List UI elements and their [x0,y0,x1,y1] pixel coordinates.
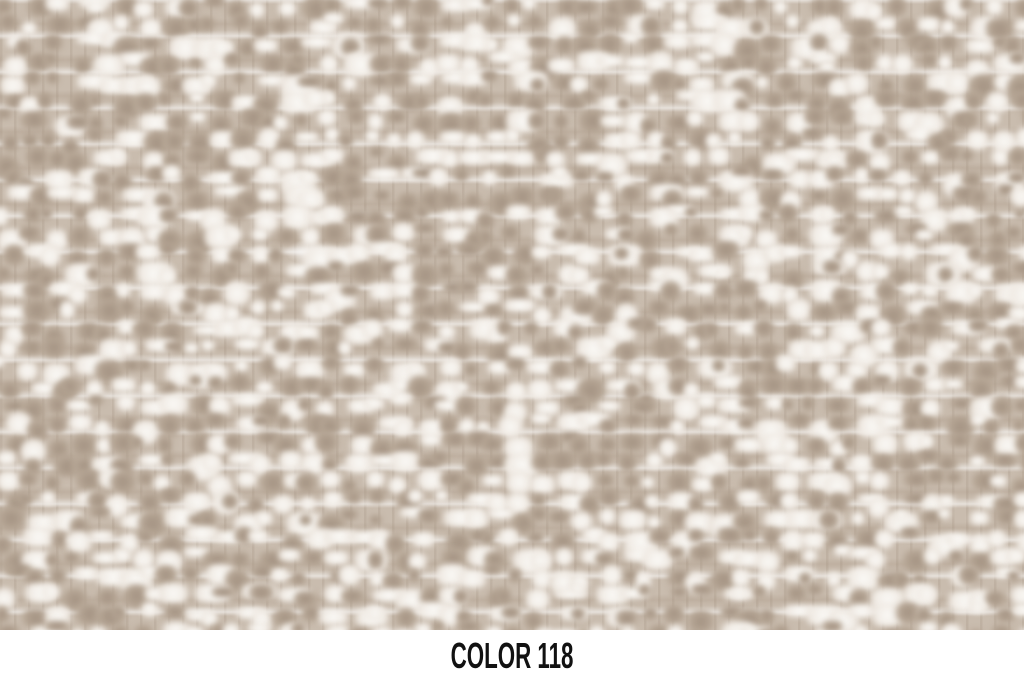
texture-blob [900,242,918,262]
texture-blob [225,374,255,391]
texture-blob [321,456,340,473]
texture-blob [508,566,523,584]
texture-blob [967,602,987,613]
texture-blob [684,337,701,350]
texture-blob [0,0,15,15]
texture-blob [785,14,799,30]
texture-blob [762,526,780,548]
texture-blob [157,242,178,255]
texture-blob [865,169,891,182]
texture-blob [410,223,440,233]
texture-blob [522,321,540,336]
texture-blob [40,34,66,51]
texture-blob [85,395,107,405]
texture-blob [478,381,504,394]
texture-blob [549,227,572,241]
texture-blob [131,1,156,18]
texture-blob [1002,548,1024,564]
texture-blob [497,317,512,338]
texture-blob [783,224,800,245]
texture-blob [363,16,384,35]
texture-blob [0,109,15,119]
texture-blob [967,189,990,205]
texture-blob [233,359,251,373]
texture-blob [300,496,316,512]
texture-blob [637,584,652,595]
texture-blob [221,434,244,448]
texture-blob [797,572,813,585]
texture-blob [616,185,646,203]
texture-blob [961,114,978,125]
texture-blob [1015,244,1024,263]
texture-blob [596,419,620,433]
texture-blob [0,451,20,465]
texture-blob [437,260,455,279]
texture-blob [1002,226,1024,239]
texture-blob [590,77,612,91]
texture-blob [253,381,276,394]
texture-blob [431,621,446,630]
texture-blob [964,285,985,297]
texture-blob [312,431,341,453]
texture-blob [939,341,963,352]
texture-blob [805,377,825,394]
texture-blob [60,298,75,322]
texture-blob [85,128,104,140]
texture-blob [199,340,217,350]
texture-blob [823,416,854,430]
texture-blob [911,362,930,379]
texture-blob [593,401,626,411]
texture-blob [569,356,590,369]
texture-blob [685,110,705,128]
texture-blob [337,376,362,394]
texture-blob [248,415,276,426]
texture-blob [370,190,394,201]
texture-blob [779,491,800,511]
caption-bar: COLOR 118 [0,630,1024,682]
texture-blob [249,300,266,315]
texture-blob [481,564,505,574]
texture-blob [566,1,605,15]
texture-blob [1012,509,1024,530]
texture-blob [729,587,750,599]
texture-blob [136,360,153,371]
texture-blob [734,397,765,408]
texture-blob [67,224,93,248]
texture-blob [321,91,337,105]
texture-blob [452,382,471,393]
texture-blob [775,203,802,224]
texture-blob [151,565,181,585]
texture-blob [750,300,770,312]
texture-blob [1007,147,1024,167]
texture-blob [664,356,693,374]
texture-blob [249,1,265,19]
texture-blob [918,285,942,296]
texture-blob [134,530,157,542]
texture-blob [135,38,166,49]
texture-blob [641,0,669,10]
texture-blob [526,13,544,29]
texture-blob [220,623,242,630]
texture-blob [916,170,935,187]
texture-blob [0,13,20,31]
texture-blob [107,469,138,495]
texture-blob [38,89,52,112]
texture-blob [504,127,521,143]
texture-blob [156,92,174,106]
texture-blob [345,490,363,504]
texture-blob [710,188,724,199]
texture-blob [385,393,416,405]
texture-blob [381,571,406,591]
texture-blob [45,71,61,85]
texture-blob [643,495,662,508]
texture-blob [890,170,914,186]
texture-blob [496,414,525,439]
texture-blob [345,108,367,125]
texture-blob [938,53,952,72]
texture-blob [823,166,846,182]
texture-blob [47,567,69,584]
texture-blob [336,509,362,519]
texture-blob [1016,109,1024,122]
texture-blob [774,621,789,630]
texture-blob [383,111,411,122]
texture-blob [958,0,975,11]
texture-blob [670,418,685,437]
texture-blob [363,130,382,142]
texture-blob [38,207,54,220]
texture-blob [276,1,299,16]
texture-blob [756,169,789,181]
texture-blob [685,529,707,541]
fabric-swatch-image [0,0,1024,630]
texture-blob [313,609,354,625]
texture-blob [23,70,43,86]
texture-blob [526,265,548,275]
texture-blob [923,546,942,566]
texture-blob [366,489,388,503]
texture-blob [268,568,291,582]
texture-blob [730,0,745,15]
texture-blob [497,225,523,240]
texture-blob [528,109,546,133]
texture-blob [484,13,501,31]
texture-blob [453,166,470,183]
texture-blob [523,36,555,49]
texture-blob [405,130,426,151]
texture-blob [594,473,616,487]
texture-blob [224,261,239,277]
texture-blob [93,190,116,206]
texture-blob [253,511,275,526]
texture-blob [965,89,982,113]
texture-blob [83,0,109,13]
texture-blob [869,319,893,337]
texture-blob [520,0,538,10]
texture-blob [337,133,355,148]
texture-blob [753,0,769,12]
texture-blob [433,490,449,501]
texture-blob [942,472,965,482]
texture-blob [730,457,754,467]
texture-blob [277,412,291,431]
texture-blob [245,323,267,339]
texture-blob [967,456,988,467]
texture-blob [109,147,126,164]
texture-blob [320,491,345,508]
texture-blob [737,110,761,133]
texture-blob [967,511,992,525]
texture-blob [614,510,652,530]
texture-blob [232,72,247,85]
texture-blob [554,110,568,133]
texture-blob [940,19,956,34]
texture-blob [773,0,789,15]
texture-blob [528,494,549,506]
texture-blob [892,336,912,359]
texture-blob [804,584,827,595]
texture-blob [958,150,977,161]
texture-blob [412,281,430,307]
texture-blob [1013,209,1024,219]
texture-blob [936,360,972,375]
texture-blob [820,204,835,225]
texture-blob [615,210,634,228]
texture-blob [496,166,520,177]
texture-blob [116,282,132,299]
texture-blob [199,73,218,89]
texture-blob [267,20,293,33]
texture-blob [759,135,777,152]
texture-blob [987,475,1010,487]
texture-blob [181,263,206,281]
texture-blob [178,469,197,489]
texture-blob [128,436,145,449]
texture-blob [0,265,12,282]
texture-blob [865,111,885,125]
texture-blob [705,147,733,165]
texture-blob [313,300,338,316]
texture-blob [739,528,760,542]
texture-blob [324,261,347,272]
texture-blob [892,510,909,522]
texture-blob [844,71,870,96]
texture-blob [39,491,57,506]
texture-blob [16,472,40,485]
texture-blob [852,54,876,72]
texture-blob [938,130,961,142]
texture-blob [244,530,273,541]
texture-blob [620,414,647,427]
texture-blob [874,279,899,304]
texture-blob [735,227,753,239]
texture-blob [64,414,96,431]
texture-blob [785,56,805,70]
texture-blob [1012,0,1024,18]
texture-blob [15,111,55,130]
texture-blob [197,16,217,32]
texture-blob [781,399,795,410]
texture-blob [458,114,485,133]
texture-blob [703,320,719,340]
texture-blob [542,281,556,303]
texture-blob [227,127,260,152]
texture-blob [1005,571,1022,582]
texture-blob [692,52,720,62]
texture-blob [711,472,728,492]
texture-blob [200,413,231,427]
texture-blob [427,452,452,463]
texture-blob [223,203,253,221]
texture-blob [528,78,547,93]
texture-blob [874,528,895,550]
texture-blob [590,206,616,217]
texture-blob [1009,90,1024,110]
texture-blob [293,113,309,129]
texture-blob [230,13,252,29]
texture-blob [39,621,75,630]
texture-blob [774,246,806,258]
texture-blob [985,112,1001,124]
texture-blob [752,585,767,598]
texture-blob [686,168,711,188]
texture-blob [686,584,719,595]
texture-blob [818,508,840,532]
texture-blob [290,570,307,588]
texture-blob [371,93,394,112]
texture-blob [336,285,364,296]
texture-blob [802,548,819,563]
texture-blob [808,33,830,52]
texture-blob [773,355,800,372]
texture-blob [290,621,306,630]
texture-blob [716,302,734,314]
texture-blob [408,319,437,334]
texture-blob [315,109,338,125]
texture-blob [160,453,174,465]
texture-blob [474,94,497,106]
texture-blob [154,56,184,76]
texture-blob [201,452,222,473]
texture-blob [735,344,756,359]
texture-blob [933,456,962,471]
texture-blob [274,287,299,298]
texture-blob [644,452,665,469]
texture-blob [346,16,363,30]
texture-blob [452,396,480,417]
texture-blob [555,546,573,568]
texture-blob [290,339,323,351]
texture-blob [619,130,643,150]
texture-blob [13,494,37,505]
texture-blob [179,565,201,583]
texture-blob [589,623,605,630]
texture-blob [428,166,450,188]
texture-blob [109,607,127,619]
texture-blob [228,169,254,187]
texture-blob [755,76,769,89]
color-label: COLOR 118 [451,638,574,674]
texture-blob [412,92,431,111]
texture-blob [366,147,387,157]
texture-blob [1004,172,1024,183]
texture-blob [963,130,991,149]
texture-blob [482,169,497,187]
texture-blob [596,361,619,374]
texture-blob [318,223,350,244]
texture-blob [781,551,803,562]
texture-blob [751,319,777,338]
texture-blob [359,397,388,410]
texture-blob [851,511,866,527]
texture-blob [298,514,313,526]
texture-blob [759,606,775,627]
texture-blob [250,264,274,280]
texture-blob [506,14,523,26]
texture-blob [0,382,24,400]
texture-blob [319,13,348,24]
texture-blob [187,375,204,386]
texture-blob [94,419,111,438]
texture-blob [405,73,437,85]
texture-blob [342,75,357,92]
texture-blob [936,495,958,507]
texture-blob [661,318,691,335]
texture-blob [868,471,891,491]
texture-blob [647,515,661,530]
texture-blob [887,0,906,19]
texture-blob [386,132,401,148]
texture-blob [371,338,386,350]
texture-blob [221,53,244,66]
texture-blob [480,530,495,547]
texture-blob [755,35,786,53]
texture-blob [106,378,142,393]
texture-blob [437,358,465,377]
texture-blob [957,172,986,187]
texture-blob [937,508,952,519]
texture-blob [296,398,315,412]
texture-blob [621,474,642,488]
texture-blob [916,622,940,630]
texture-blob [979,246,1015,265]
texture-blob [359,319,386,340]
texture-blob [684,610,718,630]
texture-blob [269,244,283,266]
texture-blob [711,358,726,373]
texture-blob [84,531,119,542]
texture-blob [646,93,661,107]
texture-blob [842,433,856,452]
texture-blob [221,281,253,306]
texture-blob [338,339,353,357]
texture-blob [617,451,637,474]
texture-blob [1011,419,1024,430]
texture-blob [981,419,1001,437]
texture-blob [1,132,20,154]
texture-blob [685,223,710,244]
texture-blob [595,488,623,507]
texture-blob [363,605,386,621]
texture-blob [205,376,226,390]
texture-blob [911,416,942,430]
texture-blob [87,95,103,106]
texture-blob [640,477,656,488]
texture-blob [188,58,203,69]
